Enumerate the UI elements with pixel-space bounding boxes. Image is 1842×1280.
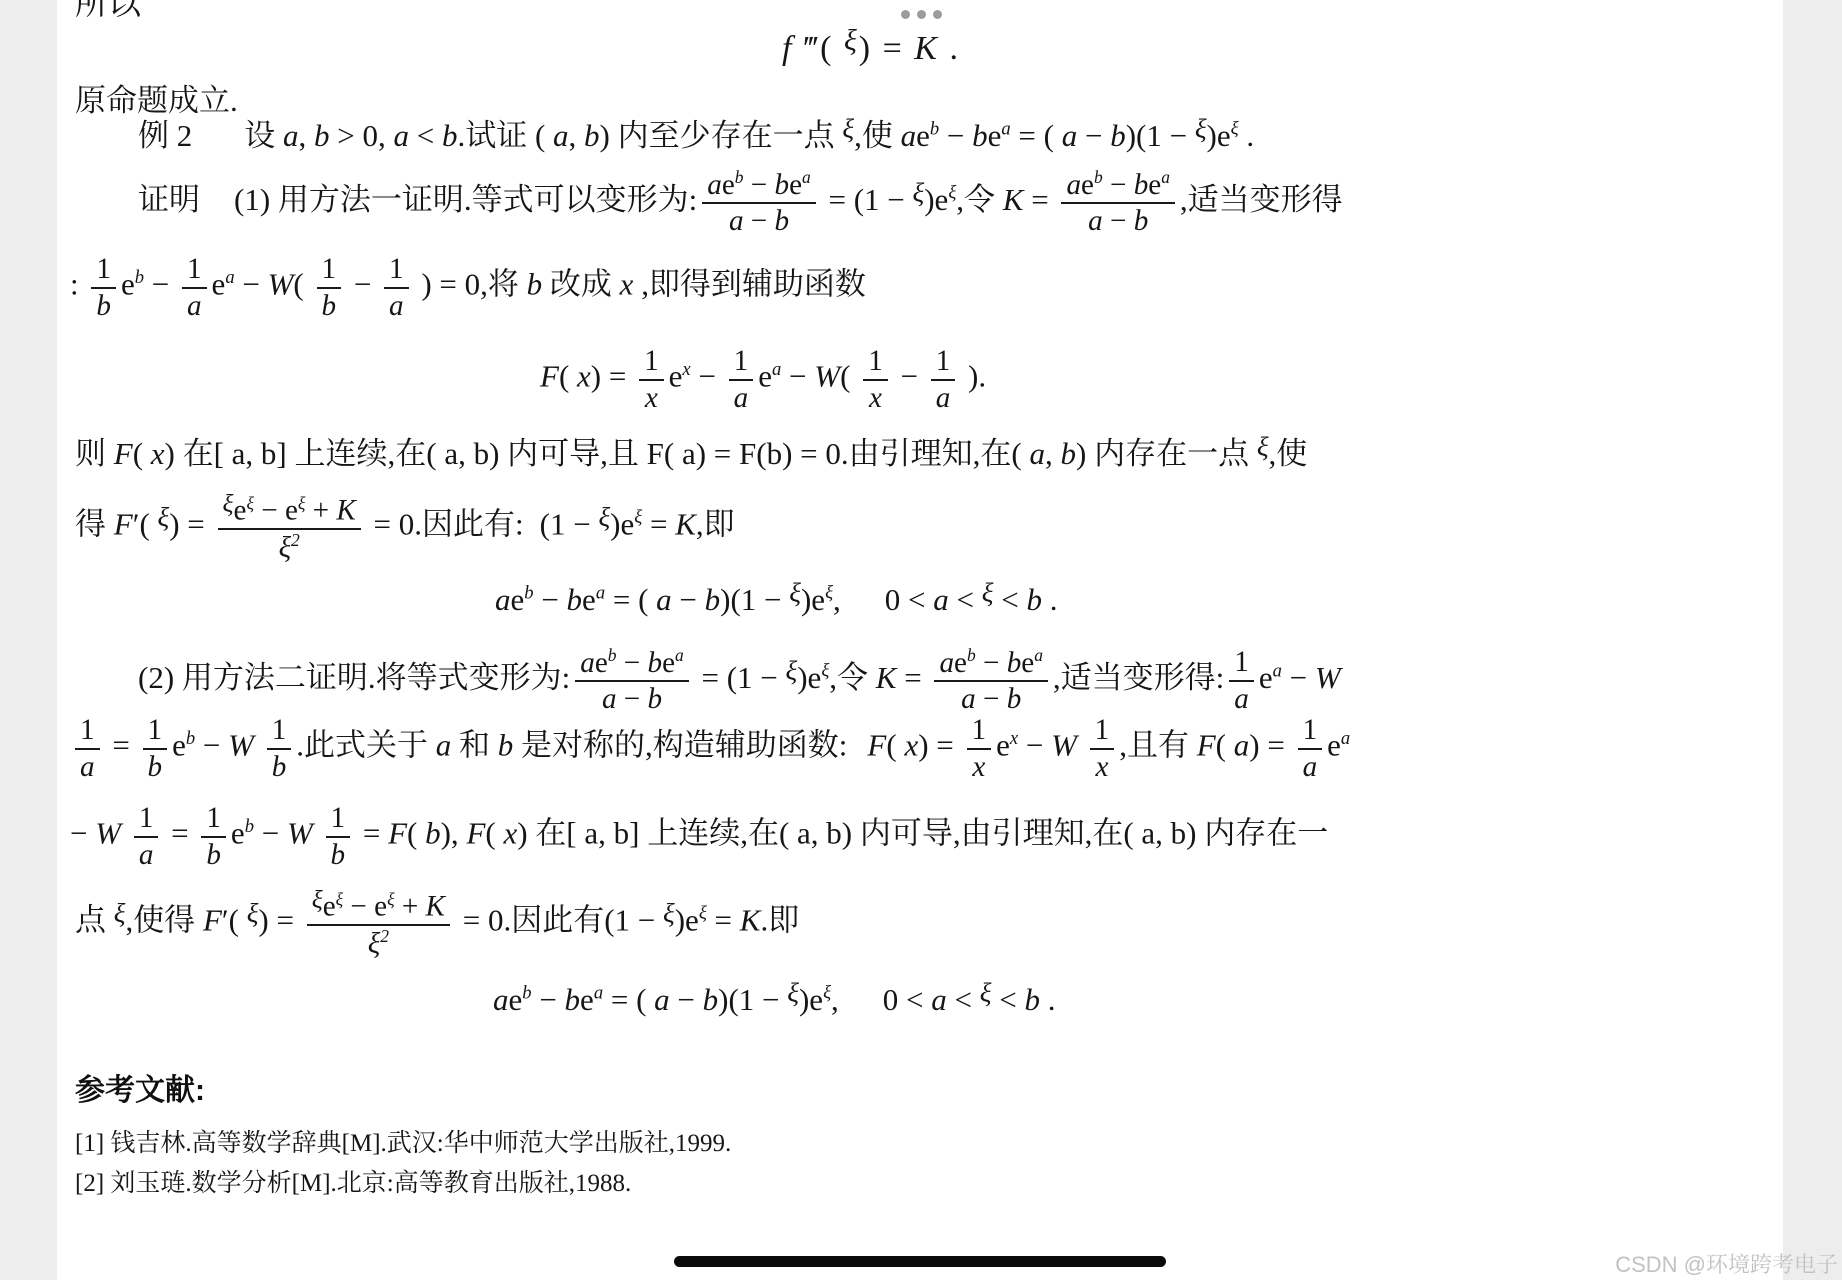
line-fb-equal: − W 1a = 1beb − W 1b = F( b), F( x) 在[ a… (70, 802, 1328, 871)
references-heading: 参考文献: (75, 1072, 205, 1110)
watermark: CSDN @环境跨考电子 (1615, 1248, 1838, 1279)
formula-f-triple-prime: f ‴( ξ) = K . (782, 22, 960, 70)
line-proof-method2: (2) 用方法二证明.将等式变形为:aeb − beaa − b = (1 − … (138, 646, 1341, 716)
formula-result-2: aeb − bea = ( a − b)(1 − ξ)eξ,0 < a < ξ … (493, 976, 1055, 1020)
reference-1: [1] 钱吉林.高等数学辞典[M].武汉:华中师范大学出版社,1999. (75, 1128, 731, 1161)
line-aux-derivation: : 1beb − 1aea − W( 1b − 1a ) = 0,将 b 改成 … (70, 253, 866, 322)
line-continuity: 则 F( x) 在[ a, b] 上连续,在( a, b) 内可导,且 F( a… (75, 430, 1307, 474)
document-page: 所以 f ‴( ξ) = K . 原命题成立. 例 2设 a, b > 0, a… (0, 0, 1842, 1280)
ellipsis-dots-icon (901, 10, 942, 19)
line-example2: 例 2设 a, b > 0, a < b.试证 ( a, b) 内至少存在一点 … (138, 112, 1254, 156)
formula-aux-function: F( x) = 1xex − 1aea − W( 1x − 1a ). (540, 345, 986, 414)
line-suoyi: 所以 (75, 0, 141, 25)
formula-result-1: aeb − bea = ( a − b)(1 − ξ)eξ,0 < a < ξ … (495, 576, 1057, 620)
line-proof-method1: 证明(1) 用方法一证明.等式可以变形为:aeb − beaa − b = (1… (138, 168, 1343, 238)
line-derivative: 得 F′( ξ) = ξeξ − eξ + Kξ2 = 0.因此有:(1 − ξ… (75, 490, 735, 565)
line-point-xi: 点 ξ,使得 F′( ξ) = ξeξ − eξ + Kξ2 = 0.因此有(1… (75, 886, 799, 961)
home-indicator-bar (674, 1256, 1166, 1267)
reference-2: [2] 刘玉琏.数学分析[M].北京:高等教育出版社,1988. (75, 1168, 631, 1201)
left-gutter (0, 0, 57, 1280)
right-gutter (1783, 0, 1842, 1280)
line-symmetry: 1a = 1beb − W 1b.此式关于 a 和 b 是对称的,构造辅助函数:… (70, 714, 1350, 783)
